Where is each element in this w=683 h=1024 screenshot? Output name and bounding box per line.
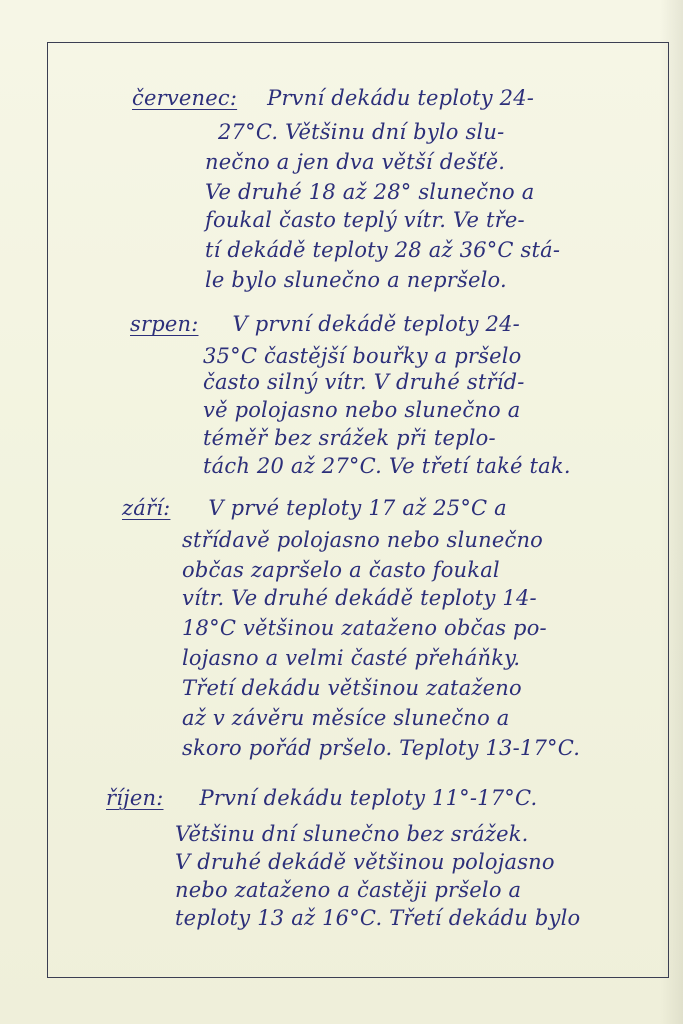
entry-line: občas zapršelo a často foukal [182,558,500,582]
entry-line: vě polojasno nebo slunečno a [203,398,520,422]
entry-line: nebo zataženo a častěji pršelo a [175,878,521,902]
entry-line: V druhé dekádě většinou polojasno [175,850,555,874]
entry-line: skoro pořád pršelo. Teploty 13-17°C. [182,736,580,760]
month-heading-cervenec: červenec: [132,86,237,110]
entry-line: Většinu dní slunečno bez srážek. [175,822,529,846]
entry-line: lojasno a velmi časté přeháňky. [182,646,520,670]
entry-line: 35°C častější bouřky a pršelo [203,344,522,368]
month-heading-zari: září: [122,496,170,520]
entry-line: Ve druhé 18 až 28° slunečno a [205,180,534,204]
entry-line: le bylo slunečno a nepršelo. [205,268,507,292]
entry-line: až v závěru měsíce slunečno a [182,706,510,730]
entry-line: foukal často teplý vítr. Ve tře- [205,208,525,232]
entry-text: V prvé teploty 17 až 25°C a [208,496,506,520]
entry-line: srpen:V první dekádě teploty 24- [130,312,520,336]
entry-line: červenec:První dekádu teploty 24- [132,86,534,110]
entry-text: První dekádu teploty 11°-17°C. [200,786,538,810]
entry-line: říjen:První dekádu teploty 11°-17°C. [106,786,537,810]
month-heading-srpen: srpen: [130,312,199,336]
entry-text: První dekádu teploty 24- [267,86,534,110]
entry-line: 18°C většinou zataženo občas po- [182,616,547,640]
entry-line: 27°C. Většinu dní bylo slu- [218,120,504,144]
entry-line: vítr. Ve druhé dekádě teploty 14- [182,586,537,610]
entry-line: nečno a jen dva větší dešťě. [205,150,505,174]
entry-line: střídavě polojasno nebo slunečno [182,528,543,552]
entry-line: často silný vítr. V druhé stříd- [203,370,525,394]
entry-line: tí dekádě teploty 28 až 36°C stá- [205,238,560,262]
entry-line: září:V prvé teploty 17 až 25°C a [122,496,507,520]
entry-line: téměř bez srážek při teplo- [203,426,496,450]
month-heading-rijen: říjen: [106,786,164,810]
entry-line: Třetí dekádu většinou zataženo [182,676,522,700]
entry-line: teploty 13 až 16°C. Třetí dekádu bylo [175,906,580,930]
entry-text: V první dekádě teploty 24- [233,312,520,336]
entry-line: tách 20 až 27°C. Ve třetí také tak. [203,454,571,478]
